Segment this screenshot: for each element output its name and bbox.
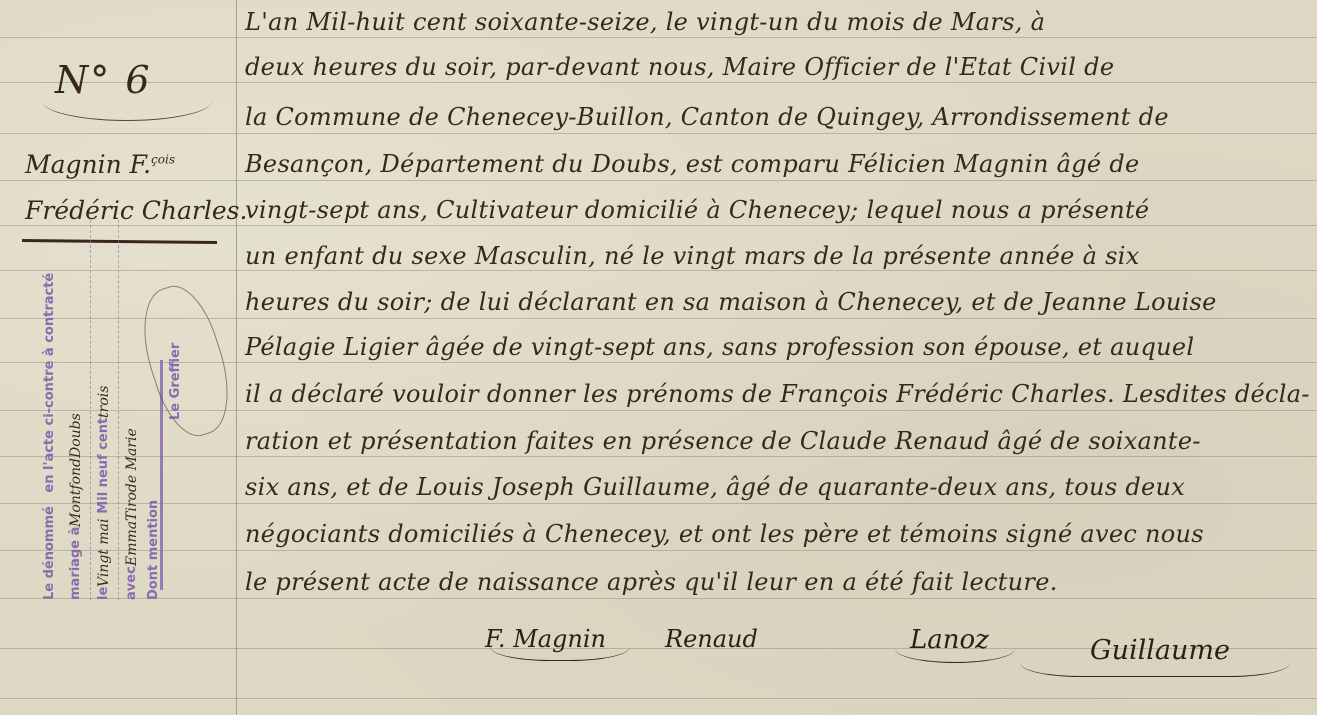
act-number-flourish	[42, 100, 212, 121]
body-line: Pélagie Ligier âgée de vingt-sept ans, s…	[245, 333, 1194, 361]
stamp-column-3: leVingt mai Mil neuf centtrois	[96, 220, 112, 600]
margin-name-line1: Magnin F.çois	[25, 150, 175, 179]
body-line: heures du soir; de lui déclarant en sa m…	[245, 288, 1217, 316]
body-line: un enfant du sexe Masculin, né le vingt …	[245, 242, 1140, 270]
stamp-column-1: Le dénommé en l'acte ci-contre à contrac…	[42, 220, 57, 600]
margin-column: N° 6 Magnin F.çois Frédéric Charles. Le …	[0, 0, 236, 715]
stamp-column-4: avecEmmaTirode Marie	[124, 220, 140, 600]
signature-flourish	[1020, 658, 1290, 677]
body-line: six ans, et de Louis Joseph Guillaume, â…	[245, 473, 1185, 501]
stamp-column-2: mariage àMontfondDoubs	[68, 220, 84, 600]
body-line: L'an Mil-huit cent soixante-seize, le vi…	[245, 8, 1045, 36]
body-line: la Commune de Chenecey-Buillon, Canton d…	[245, 103, 1169, 131]
body-line: deux heures du soir, par-devant nous, Ma…	[245, 53, 1114, 81]
body-line: il a déclaré vouloir donner les prénoms …	[245, 380, 1310, 408]
body-line: Besançon, Département du Doubs, est comp…	[245, 150, 1140, 178]
signature-witness-renaud: Renaud	[665, 625, 758, 653]
margin-rule	[236, 0, 237, 715]
margin-surname: Magnin	[25, 150, 122, 179]
stamp-column-5: Dont mention	[146, 220, 161, 600]
body-line: le présent acte de naissance après qu'il…	[245, 568, 1058, 596]
margin-given-sup: çois	[151, 153, 175, 167]
signatures-row: F. Magnin Renaud Lanoz Guillaume	[0, 620, 1317, 715]
body-line: négociants domiciliés à Chenecey, et ont…	[245, 520, 1204, 548]
body-line: vingt-sept ans, Cultivateur domicilié à …	[245, 196, 1149, 224]
signature-flourish	[490, 642, 630, 661]
act-number: N° 6	[55, 58, 152, 102]
margin-given-initial: F.	[130, 150, 151, 179]
marriage-mention-stamp: Le dénommé en l'acte ci-contre à contrac…	[40, 220, 180, 600]
signature-flourish	[895, 640, 1015, 663]
civil-register-page: N° 6 Magnin F.çois Frédéric Charles. Le …	[0, 0, 1317, 715]
body-line: ration et présentation faites en présenc…	[245, 427, 1201, 455]
